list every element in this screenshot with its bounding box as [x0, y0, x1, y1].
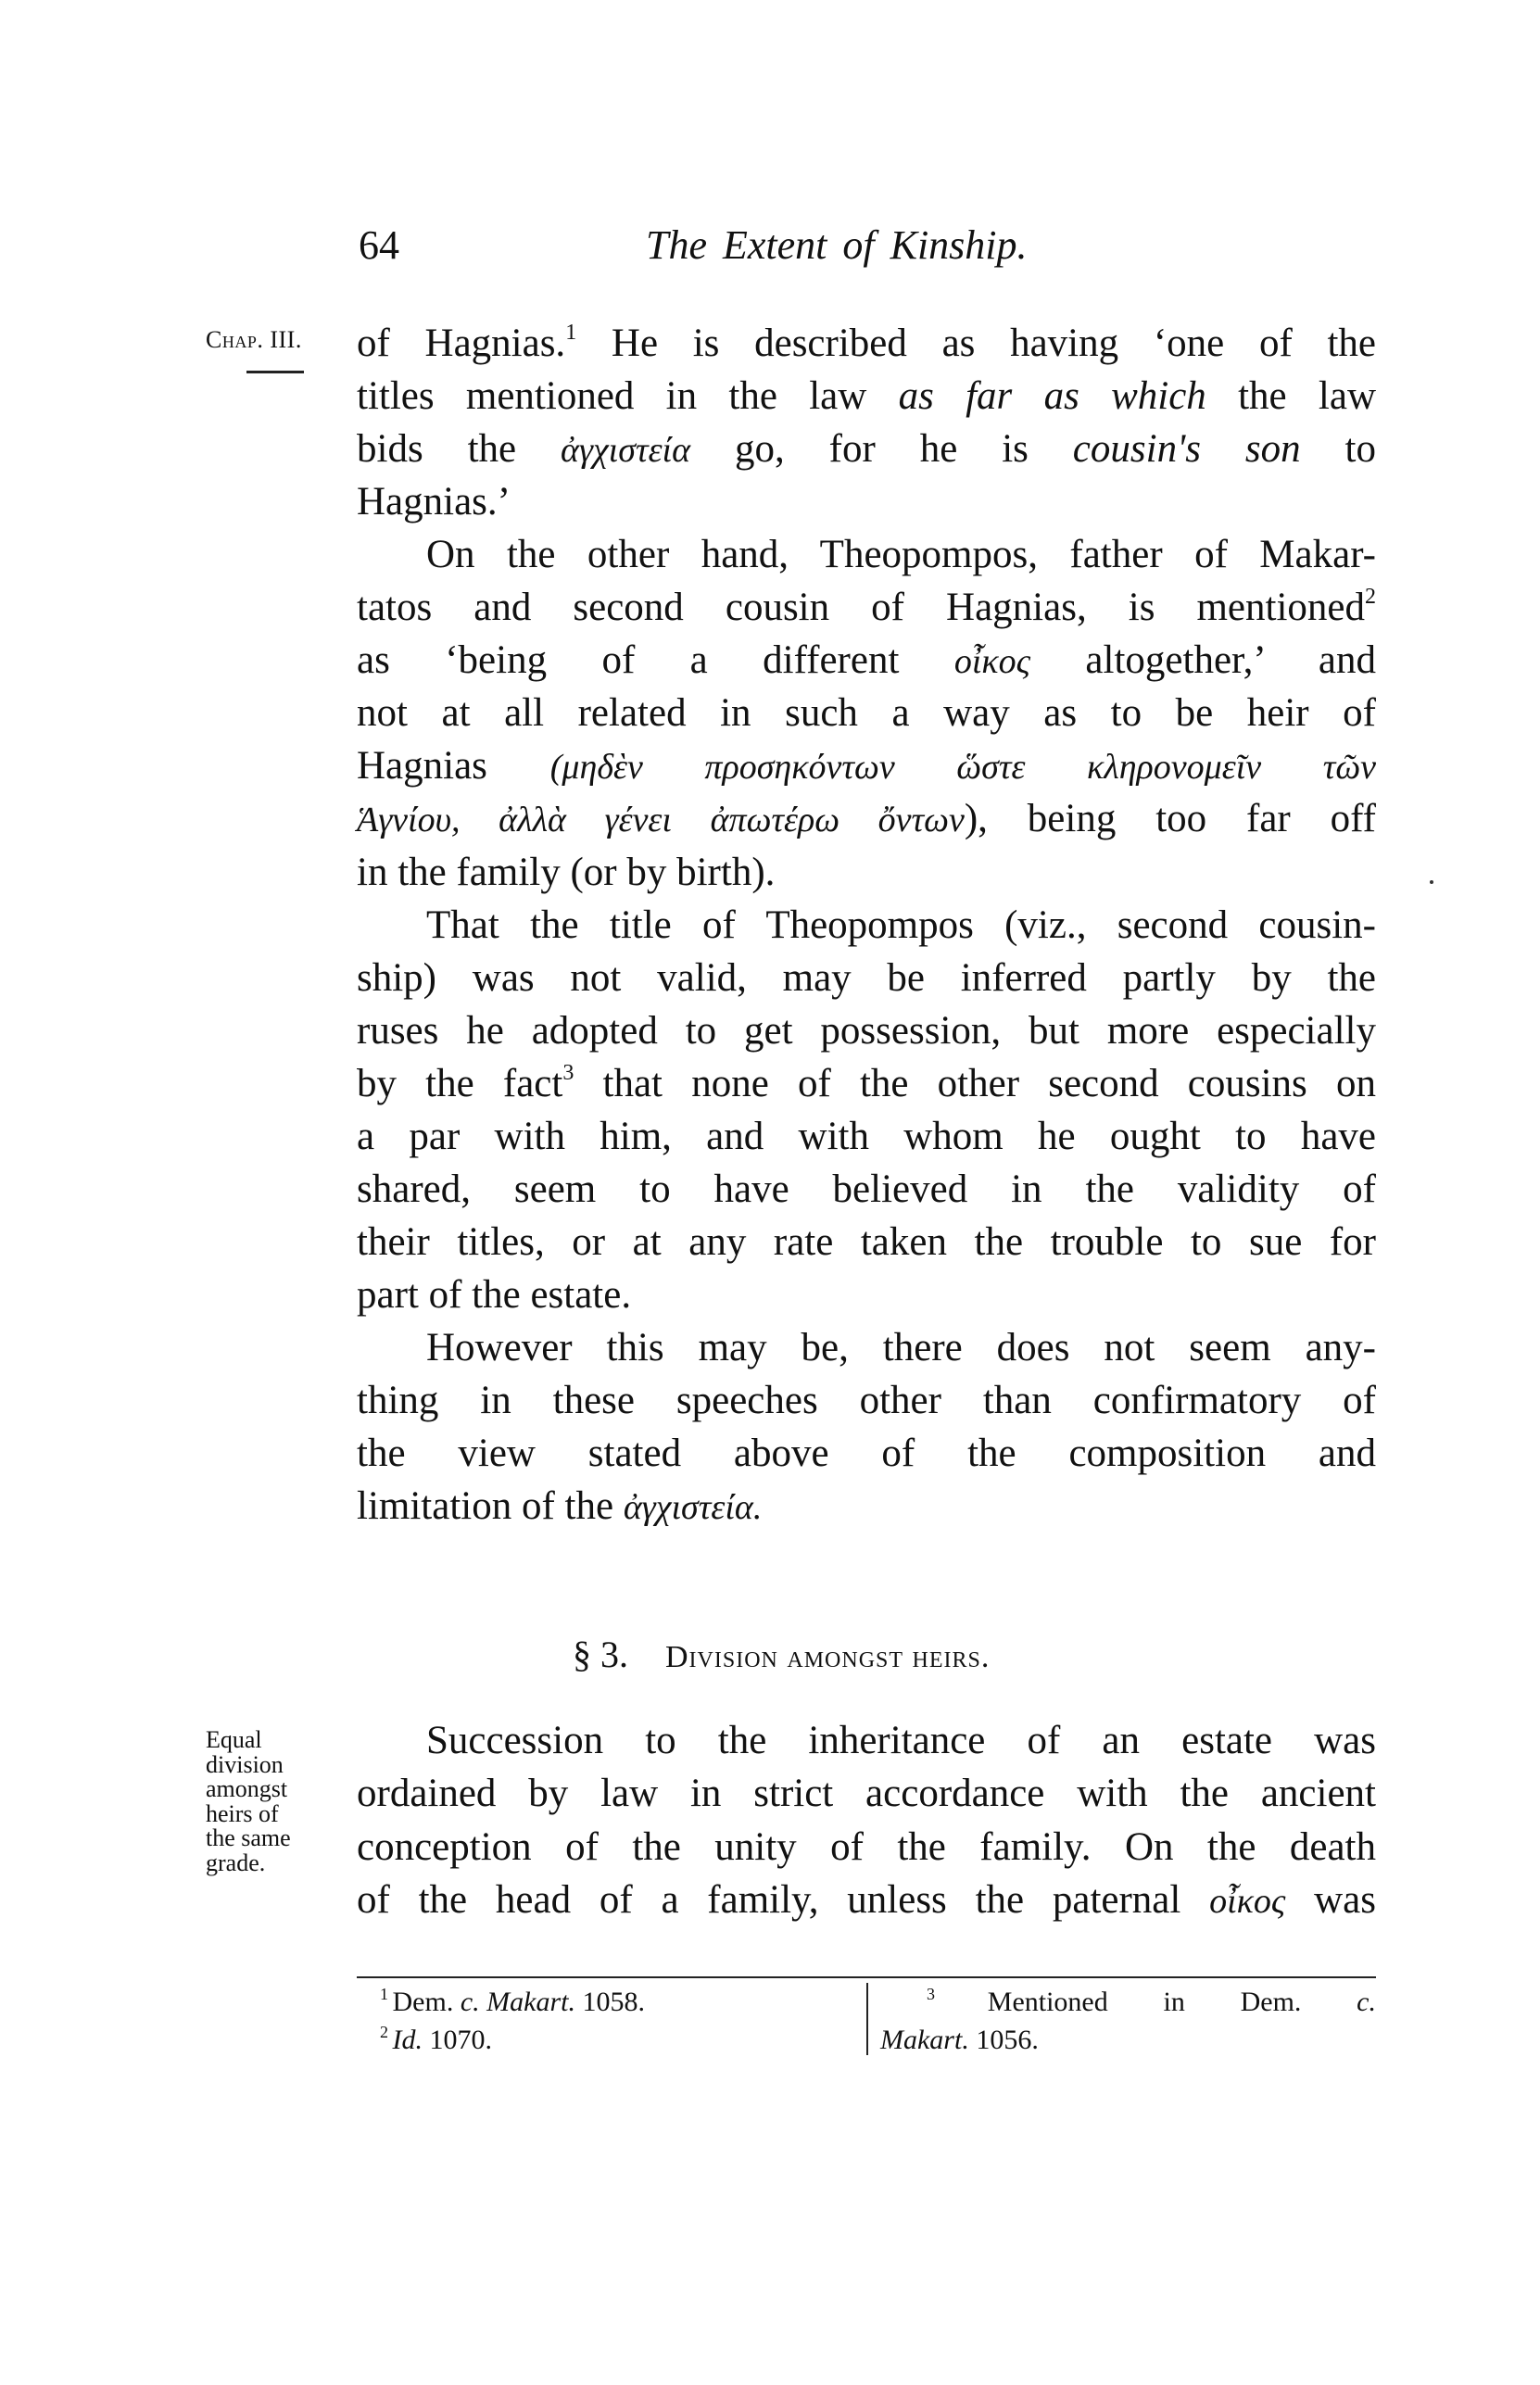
italic-run: as far as which [899, 374, 1206, 418]
text-run: He is described as having ‘one of the [576, 322, 1376, 365]
text-line: ruses he adopted to get possession, but … [357, 1011, 1376, 1051]
greek-run: ἀγχιστεία. [624, 1488, 763, 1527]
text-run: ordained by law in strict accordance wit… [357, 1772, 1376, 1815]
italic-run: c. [1357, 1987, 1376, 2017]
margin-sidenote: Equaldivisionamongstheirs ofthe samegrad… [206, 1728, 291, 1875]
text-run: ), being too far off [965, 797, 1376, 840]
footnote-number: 3 [927, 1985, 988, 2003]
text-line: as ‘being of a different οἶκος altogethe… [357, 640, 1376, 680]
text-run: ship) was not valid, may be inferred par… [357, 956, 1376, 1000]
text-run: by the fact [357, 1062, 562, 1105]
text-line: Hagnias (μηδὲν προσηκόντων ὥστε κληρονομ… [357, 746, 1376, 786]
sidenote-line: heirs of [206, 1802, 291, 1827]
text-run: Dem. [393, 1987, 461, 2017]
text-run: titles mentioned in the law [357, 374, 899, 418]
italic-run: cousin's son [1073, 427, 1301, 471]
text-run: That the title of Theopompos (viz., seco… [426, 903, 1376, 947]
chapter-label-numeral: III. [270, 326, 301, 353]
text-run: not at all related in such a way as to b… [357, 691, 1376, 735]
text-run: 1058. [575, 1987, 645, 2017]
footnote-number: 1 [380, 1985, 393, 2003]
greek-run: οἶκος [1209, 1882, 1285, 1921]
sidenote-line: grade. [206, 1851, 291, 1876]
text-line: the view stated above of the composition… [357, 1433, 1376, 1473]
footnote-ref: 2 [1365, 585, 1376, 609]
text-run: altogether,’ and [1030, 638, 1376, 682]
text-run: Succession to the inheritance of an esta… [426, 1719, 1376, 1762]
text-line: Succession to the inheritance of an esta… [357, 1721, 1376, 1760]
text-line: part of the estate. [357, 1275, 1376, 1315]
text-run: Hagnias.’ [357, 480, 511, 524]
scan-speck [1430, 880, 1433, 884]
text-line: not at all related in such a way as to b… [357, 693, 1376, 733]
text-run: tatos and second cousin of Hagnias, is m… [357, 586, 1365, 629]
text-line: Hagnias.’ [357, 482, 1376, 522]
text-run: ruses he adopted to get possession, but … [357, 1009, 1376, 1053]
text-run: However this may be, there does not seem… [426, 1326, 1376, 1369]
text-run: the view stated above of the composition… [357, 1432, 1376, 1475]
text-line: conception of the unity of the family. O… [357, 1827, 1376, 1867]
sidenote-line: Equal [206, 1728, 291, 1753]
page-number: 64 [359, 225, 399, 266]
text-line: of Hagnias.1 He is described as having ‘… [357, 323, 1376, 363]
section-heading: § 3. Division amongst heirs. [573, 1636, 990, 1673]
text-run: of the head of a family, unless the pate… [357, 1878, 1209, 1922]
text-run: in the family (or by birth). [357, 851, 775, 894]
text-run: shared, seem to have believed in the val… [357, 1167, 1376, 1211]
text-line: ship) was not valid, may be inferred par… [357, 958, 1376, 998]
text-run: a par with him, and with whom he ought t… [357, 1115, 1376, 1158]
text-line: Ἁγνίου, ἀλλὰ γένει ἀπωτέρω ὄντων), being… [357, 799, 1376, 839]
text-run: Hagnias [357, 744, 550, 788]
footnote-number: 2 [380, 2023, 393, 2041]
text-run: conception of the unity of the family. O… [357, 1825, 1376, 1869]
footnote-rule [357, 1976, 1376, 1978]
sidenote-line: division [206, 1753, 291, 1778]
italic-run: Id. [393, 2025, 423, 2055]
text-line: ordained by law in strict accordance wit… [357, 1773, 1376, 1813]
text-run: of Hagnias. [357, 322, 565, 365]
footnote-ref: 3 [562, 1061, 574, 1085]
text-run: 1056. [969, 2025, 1039, 2055]
sidenote-line: amongst [206, 1777, 291, 1802]
text-line: their titles, or at any rate taken the t… [357, 1222, 1376, 1262]
text-run: the law [1206, 374, 1376, 418]
text-run: their titles, or at any rate taken the t… [357, 1220, 1376, 1264]
text-line: limitation of the ἀγχιστεία. [357, 1486, 1376, 1526]
text-line: shared, seem to have believed in the val… [357, 1169, 1376, 1209]
italic-run: c. Makart. [461, 1987, 575, 2017]
text-run: Mentioned in Dem. [988, 1987, 1357, 2017]
section-title: Division amongst heirs. [665, 1640, 990, 1674]
text-run: On the other hand, Theopompos, father of… [426, 533, 1376, 576]
footnote-column-divider [866, 1983, 868, 2055]
greek-run: οἶκος [954, 642, 1030, 681]
text-line: That the title of Theopompos (viz., seco… [357, 905, 1376, 945]
footnote: 2 Id. 1070. [380, 2026, 492, 2054]
text-line: a par with him, and with whom he ought t… [357, 1117, 1376, 1156]
text-line: However this may be, there does not seem… [357, 1328, 1376, 1368]
chapter-label-prefix: Chap. [206, 326, 263, 353]
footnote: 3 Mentioned in Dem. c. [927, 1988, 1376, 2016]
text-run: thing in these speeches other than confi… [357, 1379, 1376, 1422]
text-line: by the fact3 that none of the other seco… [357, 1064, 1376, 1104]
text-line: tatos and second cousin of Hagnias, is m… [357, 587, 1376, 627]
text-run: was [1285, 1878, 1376, 1922]
text-run: as ‘being of a different [357, 638, 954, 682]
text-run: to [1301, 427, 1376, 471]
text-line: thing in these speeches other than confi… [357, 1381, 1376, 1420]
running-title: The Extent of Kinship. [646, 225, 1028, 266]
footnote: 1 Dem. c. Makart. 1058. [380, 1988, 645, 2016]
text-line: titles mentioned in the law as far as wh… [357, 376, 1376, 416]
chapter-rule [246, 371, 304, 373]
text-run: go, for he is [690, 427, 1073, 471]
italic-run: Makart. [880, 2025, 969, 2055]
footnote-ref: 1 [565, 321, 576, 345]
section-symbol: § 3. [573, 1634, 628, 1675]
text-run: 1070. [423, 2025, 492, 2055]
text-line: in the family (or by birth). [357, 852, 1376, 892]
text-run: limitation of the [357, 1484, 624, 1528]
footnote: Makart. 1056. [880, 2026, 1039, 2054]
chapter-label: Chap. III. [206, 326, 302, 354]
sidenote-line: the same [206, 1826, 291, 1851]
text-line: On the other hand, Theopompos, father of… [357, 535, 1376, 574]
greek-run: ἀγχιστεία [561, 431, 690, 470]
text-run: bids the [357, 427, 561, 471]
text-run: part of the estate. [357, 1273, 631, 1317]
greek-run: Ἁγνίου, ἀλλὰ γένει ἀπωτέρω ὄντων [357, 801, 965, 839]
text-line: bids the ἀγχιστεία go, for he is cousin'… [357, 429, 1376, 469]
text-run: that none of the other second cousins on [574, 1062, 1376, 1105]
text-line: of the head of a family, unless the pate… [357, 1880, 1376, 1920]
greek-run: (μηδὲν προσηκόντων ὥστε κληρονομεῖν τῶν [550, 748, 1376, 787]
